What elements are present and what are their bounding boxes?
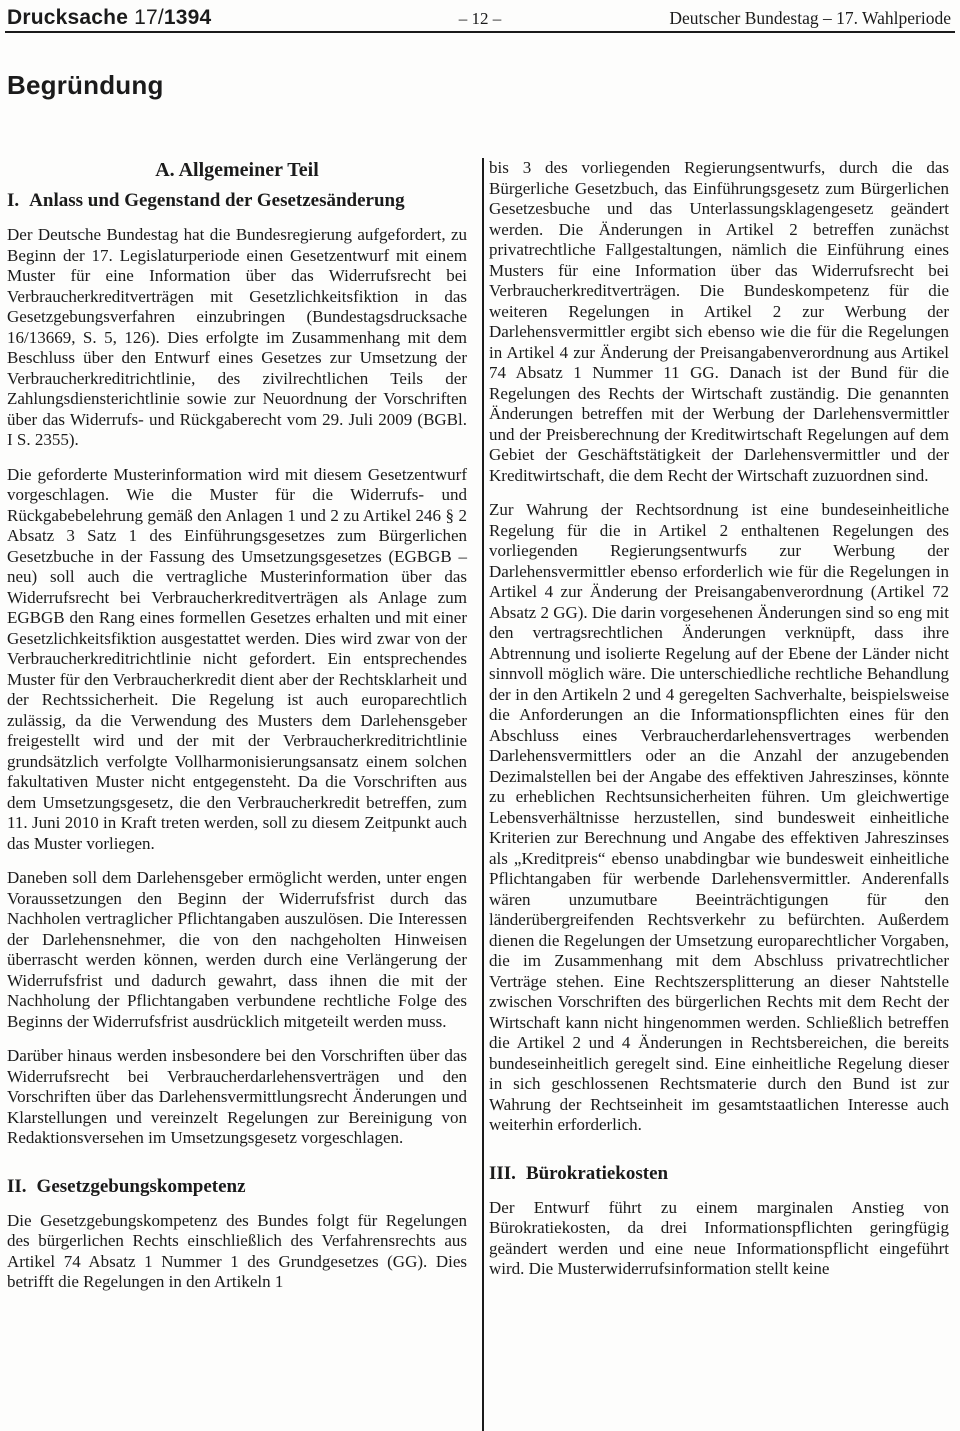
session-title: Deutscher Bundestag – 17. Wahlperiode <box>669 8 951 29</box>
section-heading-i: I. Anlass und Gegenstand der Gesetzesänd… <box>7 190 467 212</box>
section-title: Bürokratiekosten <box>526 1163 668 1185</box>
body-paragraph: bis 3 des vorliegenden Regierungsentwurf… <box>489 158 949 486</box>
section-number: I. <box>7 190 19 212</box>
body-paragraph: Der Entwurf führt zu einem marginalen An… <box>489 1198 949 1280</box>
section-heading-iii: III. Bürokratiekosten <box>489 1163 949 1185</box>
body-paragraph: Die geforderte Musterinformation wird mi… <box>7 465 467 855</box>
body-paragraph: Darüber hinaus werden insbesondere bei d… <box>7 1046 467 1149</box>
section-number: II. <box>7 1176 27 1198</box>
header-rule <box>5 31 955 33</box>
part-heading: A. Allgemeiner Teil <box>7 159 467 181</box>
right-column: bis 3 des vorliegenden Regierungsentwurf… <box>489 158 949 1431</box>
body-paragraph: Daneben soll dem Darlehensgeber ermöglic… <box>7 868 467 1032</box>
body-paragraph: Zur Wahrung der Rechtsordnung ist eine b… <box>489 500 949 1136</box>
section-title: Gesetzgebungskompetenz <box>37 1176 246 1198</box>
content-columns: A. Allgemeiner Teil I. Anlass und Gegens… <box>7 158 949 1431</box>
body-paragraph: Der Deutsche Bundestag hat die Bundesreg… <box>7 225 467 451</box>
section-title: Anlass und Gegenstand der Gesetzesänderu… <box>29 190 404 212</box>
column-divider <box>482 158 484 1431</box>
left-column: A. Allgemeiner Teil I. Anlass und Gegens… <box>7 158 467 1431</box>
section-heading-ii: II. Gesetzgebungskompetenz <box>7 1176 467 1198</box>
section-number: III. <box>489 1163 516 1185</box>
document-page: Drucksache 17/1394 – 12 – Deutscher Bund… <box>0 0 960 1431</box>
document-title: Begründung <box>7 70 164 100</box>
body-paragraph: Die Gesetzgebungskompetenz des Bundes fo… <box>7 1211 467 1293</box>
